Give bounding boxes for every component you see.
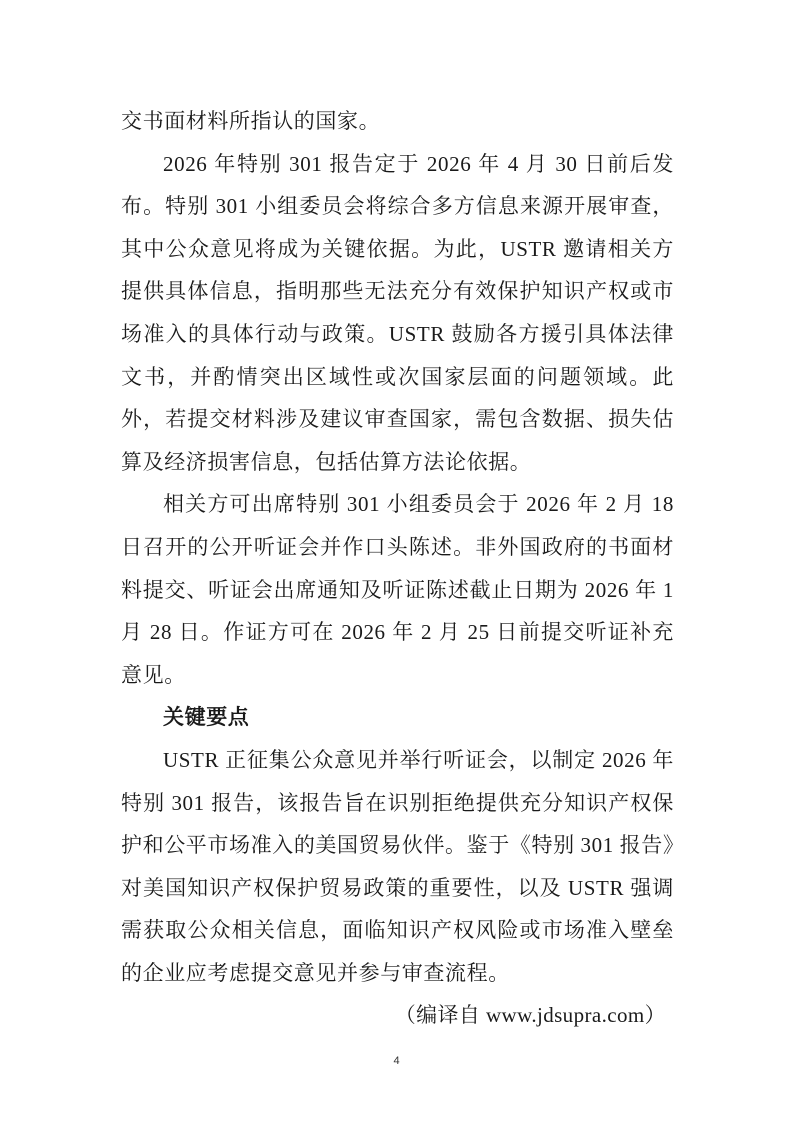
document-body: 交书面材料所指认的国家。 2026 年特别 301 报告定于 2026 年 4 … [121,100,674,1037]
paragraph-hearing-details: 相关方可出席特别 301 小组委员会于 2026 年 2 月 18 日召开的公开… [121,483,674,696]
section-heading-key-points: 关键要点 [121,696,674,739]
source-note: （编译自 www.jdsupra.com） [121,994,674,1037]
paragraph-key-points: USTR 正征集公众意见并举行听证会，以制定 2026 年特别 301 报告，该… [121,739,674,995]
paragraph-continuation: 交书面材料所指认的国家。 [121,100,674,143]
paragraph-report-schedule: 2026 年特别 301 报告定于 2026 年 4 月 30 日前后发布。特别… [121,143,674,484]
page-number: 4 [0,1055,793,1067]
